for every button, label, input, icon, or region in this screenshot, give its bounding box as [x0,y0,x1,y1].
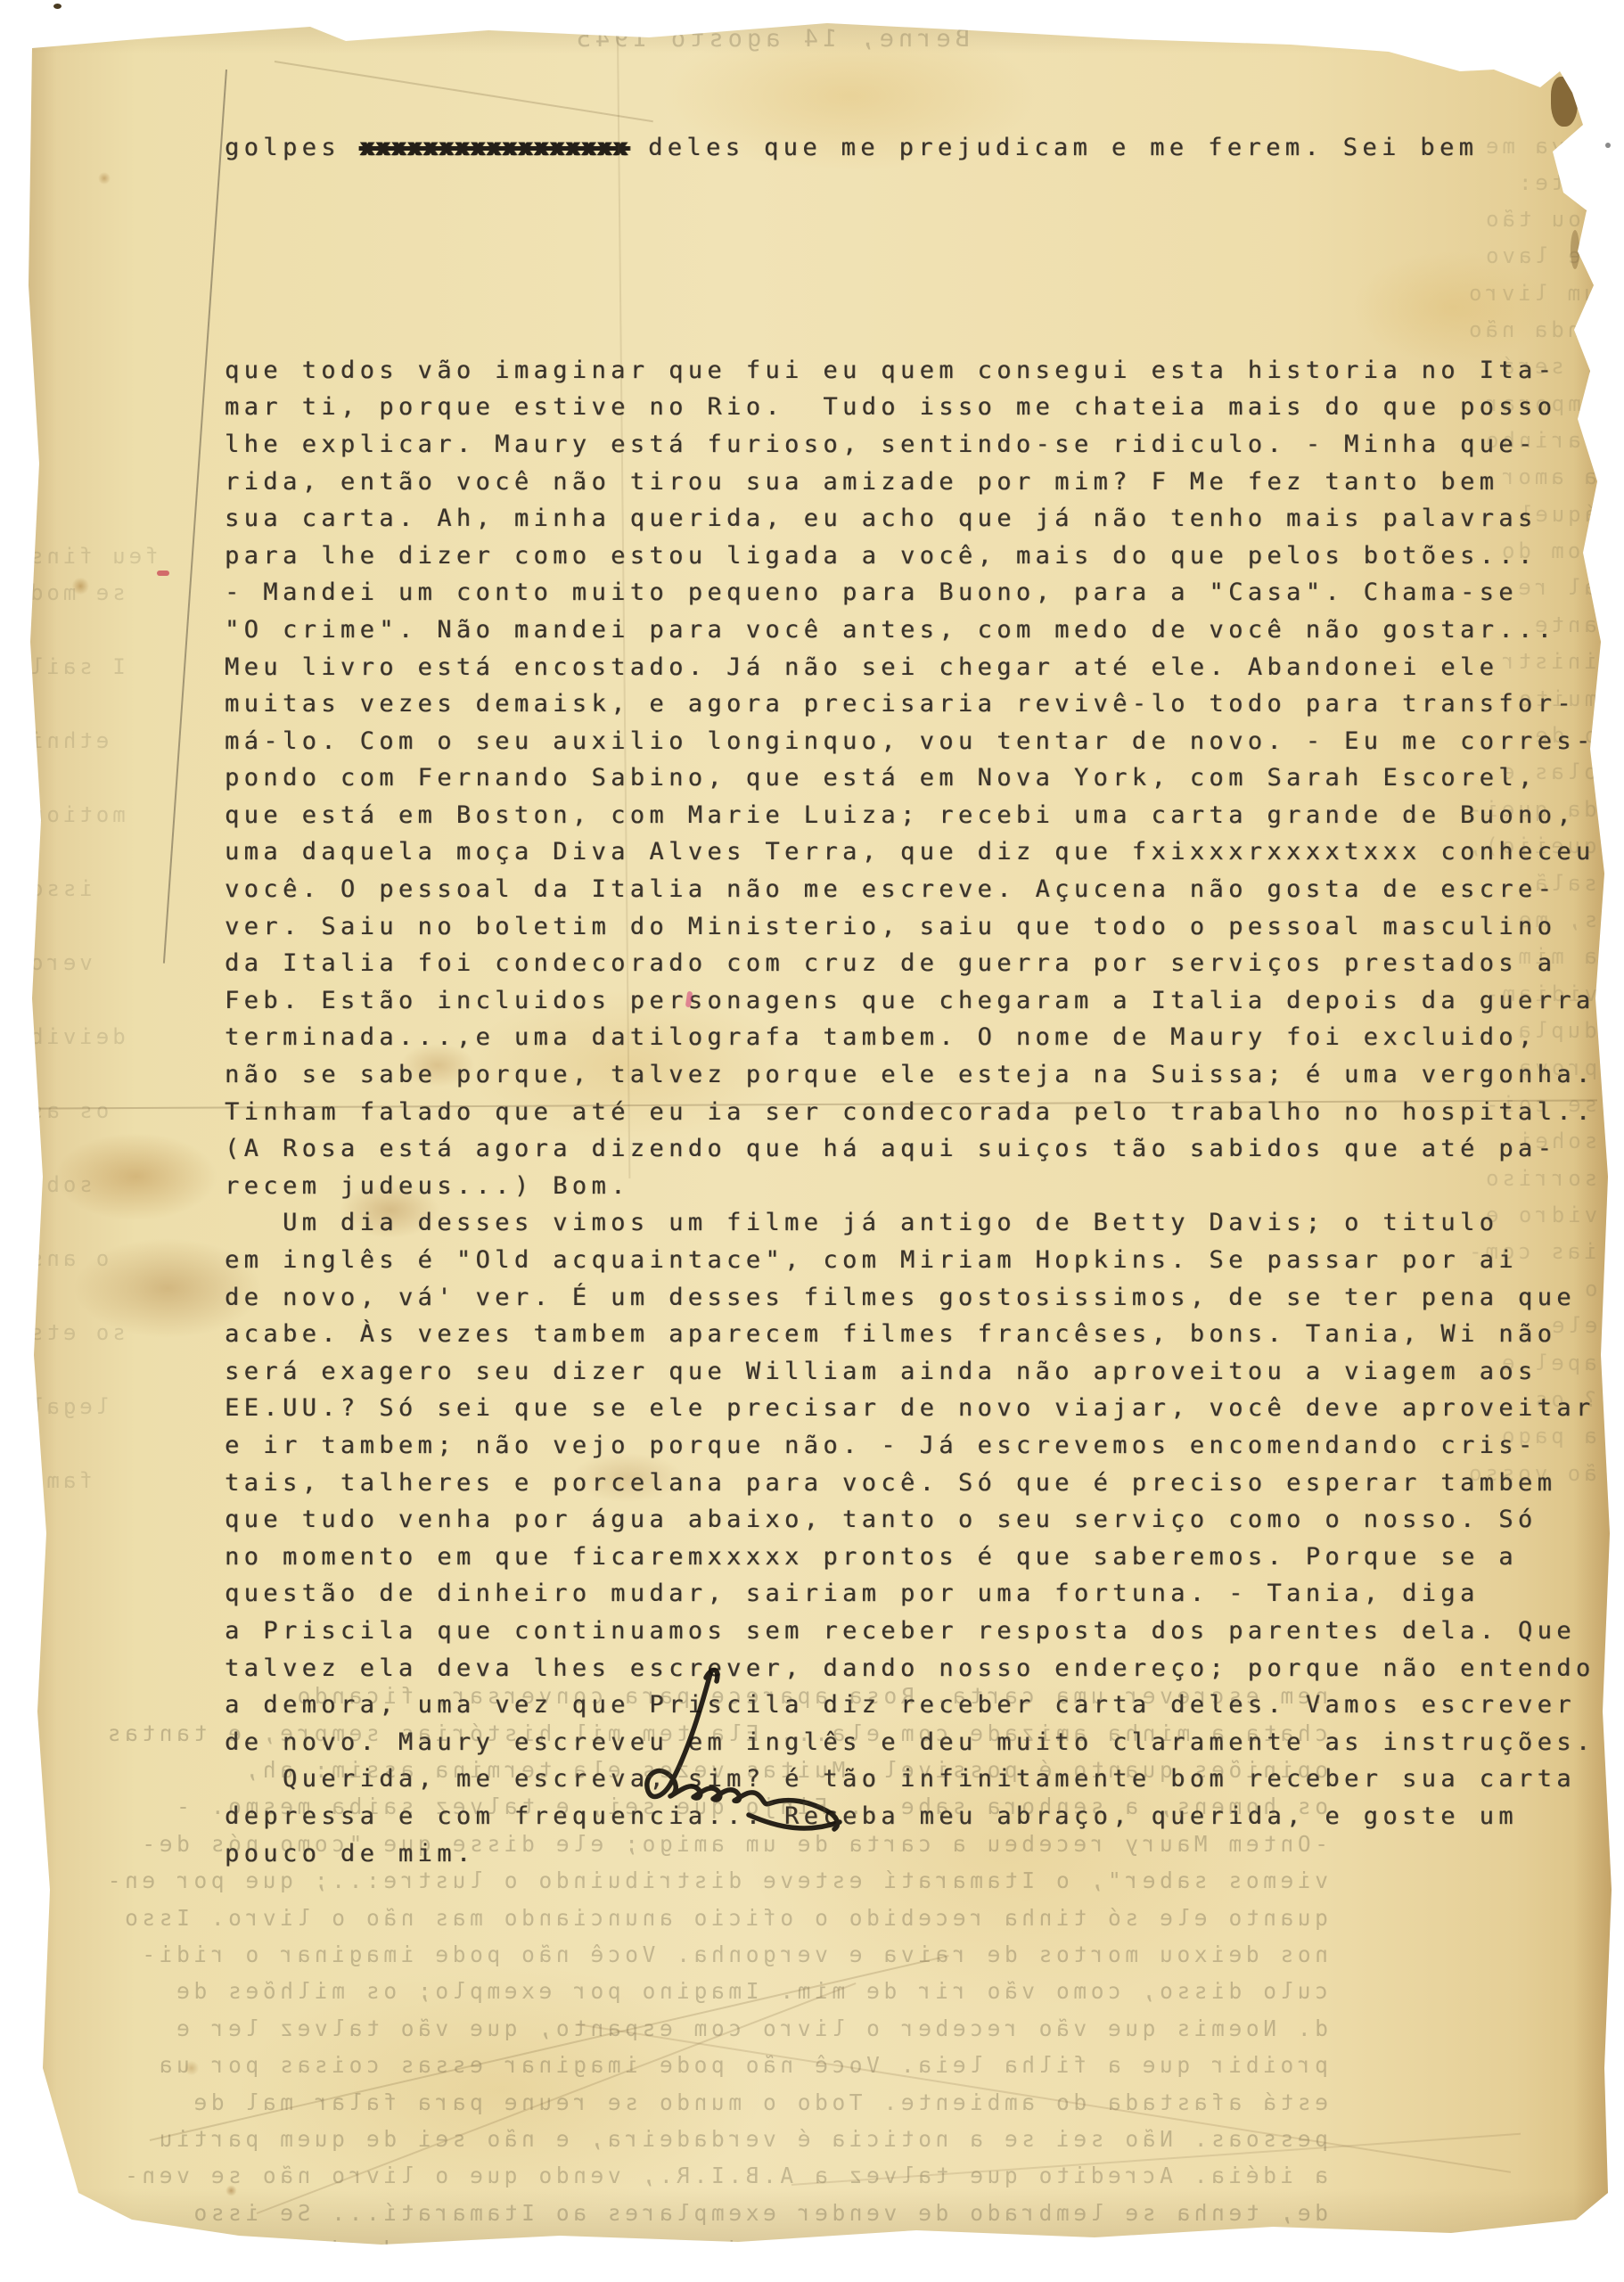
letter-line: terminada...,e uma datilografa tambem. O… [225,1019,1624,1056]
bleedthrough-fragment: ethni [27,728,109,753]
letter-line: - Mandei um conto muito pequeno para Buo… [225,574,1624,612]
torn-edge-stain-2 [1583,134,1595,216]
scan-background: { "document": { "kind": "typewritten let… [0,0,1624,2282]
bleedthrough-fragment: legal [27,1394,109,1419]
bleedthrough-fragment: ? os [1531,1387,1597,1412]
letter-line: lhe explicar. Maury está furioso, sentin… [225,426,1624,464]
letter-line: que tudo venha por água abaixo, tanto o … [225,1501,1624,1539]
bleedthrough-fragment: ão vosso [1465,1461,1597,1486]
letter-line: acabe. Às vezes tambem aparecem filmes f… [225,1316,1624,1353]
bleedthrough-fragment: ias com- [1465,1239,1597,1264]
bleedthrough-fragment: apel e [1498,1350,1597,1375]
bleedthrough-fragment: fama [27,1468,93,1493]
bleedthrough-fragment: carinho [1482,428,1597,453]
bleedthrough-fragment: deivib [27,1024,126,1049]
bleedthrough-fragment: da quei- [1465,797,1597,822]
line1-pre: golpes [225,134,360,161]
letter-line: em inglês é "Old acquaintace", com Miria… [225,1242,1624,1279]
bleedthrough-line: chata a minha amizade com ela... Ela tem… [36,1715,1328,1752]
bleedthrough-line: pessoas. Não sei se a noticia é verdadei… [36,2121,1328,2157]
bleedthrough-fragment: a pago [1498,1424,1597,1449]
bleedthrough-fragment: inda não [1465,317,1597,342]
bleedthrough-fragment: olas e [1498,759,1597,784]
bleedthrough-fragment: I sail [27,654,126,679]
bleedthrough-line: os homens, a senhora sabe... Finjo que s… [36,1788,1328,1825]
letter-line: que todos vão imaginar que fui eu quem c… [225,352,1624,390]
bleedthrough-fragment: ele [1548,1313,1597,1338]
bleedthrough-fragment: muito [1515,686,1597,711]
letter-line: rida, então você não tirou sua amizade p… [225,464,1624,501]
letter-line: (A Rosa está agora dizendo que há aqui s… [225,1130,1624,1168]
letter-line: muitas vezes demaisk, e agora precisaria… [225,685,1624,723]
letter-line: que está em Boston, com Marie Luiza; rec… [225,797,1624,834]
bleedthrough-fragment: inistr [1498,649,1597,674]
bleedthrough-line: nem escrever uma carta, Rosa aparece par… [36,1678,1328,1714]
bleedthrough-fragment: isso [27,876,93,901]
torn-edge-stain-1 [1551,77,1578,127]
bleedthrough-line: -Ontem Maury recebeu a carta de um amigo… [36,1826,1328,1862]
bleedthrough-fragment: dupla, [1498,1018,1597,1043]
bleedthrough-fragment: o [1581,1276,1597,1301]
bleedthrough-fragment: so ets [27,1320,126,1345]
bleedthrough-fragment: queijo), [1465,833,1597,858]
letter-line: para lhe dizer como estou ligada a você,… [225,538,1624,575]
bleedthrough-fragment: feu fins [27,544,159,569]
bleedthrough-fragment: sohei [1515,1129,1597,1153]
letter-line: pondo com Fernando Sabino, que está em N… [225,759,1624,797]
letter-line: de novo, vá' ver. É um desses filmes gos… [225,1279,1624,1317]
letter-line: ver. Saiu no boletim do Ministerio, saiu… [225,908,1624,946]
bleedthrough-fragment: sorriso [1482,1166,1597,1191]
bleedthrough-fragment: um livro [1465,281,1597,306]
bleedthrough-line: d. Noemis que vão receber o livro com es… [36,2010,1328,2047]
bleedthrough-line: culo disso, como vão rir de mim. Imagino… [36,1973,1328,2009]
bleedthrough-line: de, tenha se lembrado de vender exemplar… [36,2195,1328,2231]
letter-line: Um dia desses vimos um filme já antigo d… [225,1204,1624,1242]
letter-line: Tinham falado que até eu ia ser condecor… [225,1094,1624,1131]
letter-line: da Italia foi condecorado com cruz de gu… [225,945,1624,982]
bleedthrough-line: proibir que a filha leia. Você não pode … [36,2047,1328,2083]
bleedthrough-line: a idéia. Acredito que talvez a A.B.I.R.,… [36,2157,1328,2194]
bleedthrough-fragment: salã [1531,871,1597,896]
bleedthrough-fragment: a amor [1498,464,1597,489]
bleedthrough-fragment: os as [27,1098,109,1123]
bleedthrough-fragment: prova [1515,1055,1597,1080]
letter-line: será exagero seu dizer que William ainda… [225,1353,1624,1391]
bleedthrough-fragment: taya me [1482,134,1597,159]
bleedthrough-fragment: o de- [1515,723,1597,748]
bleedthrough-fragment: áquel [1515,502,1597,527]
bleedthrough-fragment: Bom do [1498,538,1597,563]
bleedthrough-fragment: vidro e [1482,1203,1597,1227]
letter-line: EE.UU.? Só sei que se ele precisar de no… [225,1390,1624,1427]
letter-line: e ir tambem; não vejo porque não. - Já e… [225,1427,1624,1465]
bleedthrough-fragment: a mim. [1498,944,1597,969]
bleedthrough-fragment: vero [27,950,93,975]
bleedthrough-fragment: al re- [1498,575,1597,600]
bleedthrough-fragment: emporar [1482,391,1597,416]
letter-line-first: golpes xxxxxxxxxxxxxxxxx deles que me pr… [225,129,1624,167]
bleedthrough-fragment: s, me [1515,907,1597,932]
letter-line: mar ti, porque estive no Rio. Tudo isso … [225,389,1624,426]
pencil-margin-line [163,70,227,964]
letter-line: má-lo. Com o seu auxilio longinquo, vou … [225,723,1624,760]
bleedthrough-line: opiniões quanto é possivel. Muitas vezes… [36,1752,1328,1788]
bleedthrough-line: fôr verdade, não quero mais saber de nad… [36,2231,1328,2268]
letter-line: Feb. Estão incluidos personagens que che… [225,982,1624,1020]
line1-post: deles que me prejudicam e me ferem. Sei … [628,134,1478,161]
bleedthrough-fragment: sobe [27,1172,93,1197]
bleedthrough-line: quanto ele só tinha recebido o oficio an… [36,1900,1328,1936]
bleedthrough-line: viemos saber", o Itamaratí esteve distri… [36,1862,1328,1899]
bleedthrough-line: está afastada do ambiente. Todo o mundo … [36,2084,1328,2121]
bleedthrough-fragment: ue lavo [1482,243,1597,268]
letter-line: não se sabe porque, talvez porque ele es… [225,1056,1624,1094]
bleedthrough-fragment: se mod [27,580,126,605]
bleedthrough-fragment: ante [1531,612,1597,637]
bleedthrough-fragment: vidiam- [1482,981,1597,1006]
bleedthrough-fragment: , será [1498,354,1597,379]
red-ink-mark [157,570,169,576]
bleedthrough-fragment: se coi- [1482,1092,1597,1117]
bleedthrough-date: Berne, 14 agosto 1945 [471,25,970,53]
bleedthrough-fragment: ente: [1515,170,1597,195]
scanner-speck-top-left [53,4,62,9]
letter-line: recem judeus...) Bom. [225,1168,1624,1205]
overtyped-strikeout: xxxxxxxxxxxxxxxxx [360,134,629,161]
bleedthrough-fragment: motion [27,802,126,827]
bleedthrough-fragment: o ans [27,1246,109,1271]
scanner-speck-right [1605,143,1611,148]
letter-line: você. O pessoal da Italia não me escreve… [225,871,1624,908]
letter-line: "O crime". Não mandei para você antes, c… [225,612,1624,649]
bleedthrough-text: nem escrever uma carta, Rosa aparece par… [36,1567,1328,2268]
letter-line: tais, talheres e porcelana para você. Só… [225,1465,1624,1502]
letter-page: Berne, 14 agosto 1945 golpes xxxxxxxxxxx… [25,18,1612,2246]
letter-line: Meu livro está encostado. Já não sei che… [225,649,1624,686]
letter-line: sua carta. Ah, minha querida, eu acho qu… [225,500,1624,538]
torn-edge-stain-3 [1571,230,1579,269]
bleedthrough-line: nos deixou mortos de raiva e vergonha. V… [36,1936,1328,1973]
bleedthrough-fragment: tou tão [1482,207,1597,232]
letter-line: uma daquela moça Diva Alves Terra, que d… [225,833,1624,871]
